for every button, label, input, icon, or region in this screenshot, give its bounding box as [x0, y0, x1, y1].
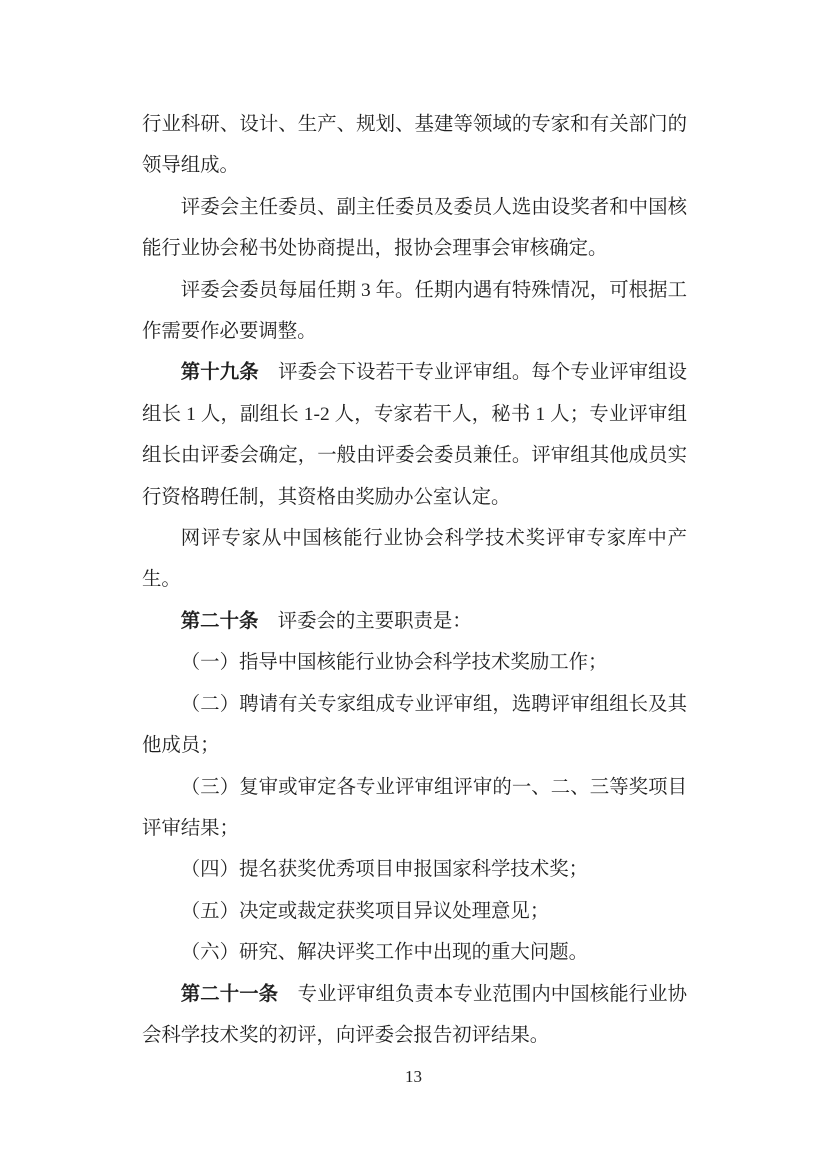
page-footer: 13 — [0, 1068, 827, 1087]
paragraph: （四）提名获奖优秀项目申报国家科学技术奖； — [142, 849, 687, 890]
paragraph: （二）聘请有关专家组成专业评审组，选聘评审组组长及其他成员； — [142, 684, 687, 767]
paragraph: （五）决定或裁定获奖项目异议处理意见； — [142, 891, 687, 932]
document-page: 行业科研、设计、生产、规划、基建等领域的专家和有关部门的领导组成。评委会主任委员… — [0, 0, 827, 1170]
paragraph: 评委会主任委员、副主任委员及委员人选由设奖者和中国核能行业协会秘书处协商提出，报… — [142, 187, 687, 270]
text-run: 评委会主任委员、副主任委员及委员人选由设奖者和中国核能行业协会秘书处协商提出，报… — [142, 197, 687, 259]
text-run: （四）提名获奖优秀项目申报国家科学技术奖； — [181, 859, 588, 880]
text-run: 评委会委员每届任期 3 年。任期内遇有特殊情况，可根据工作需要作必要调整。 — [142, 280, 687, 342]
paragraph: 第二十一条 专业评审组负责本专业范围内中国核能行业协会科学技术奖的初评，向评委会… — [142, 974, 687, 1057]
text-block: 行业科研、设计、生产、规划、基建等领域的专家和有关部门的领导组成。评委会主任委员… — [142, 104, 687, 1056]
article-number: 第十九条 — [181, 362, 259, 383]
paragraph: 评委会委员每届任期 3 年。任期内遇有特殊情况，可根据工作需要作必要调整。 — [142, 270, 687, 353]
paragraph: 行业科研、设计、生产、规划、基建等领域的专家和有关部门的领导组成。 — [142, 104, 687, 187]
article-number: 第二十一条 — [181, 984, 278, 1005]
paragraph: （六）研究、解决评奖工作中出现的重大问题。 — [142, 932, 687, 973]
page-number: 13 — [405, 1067, 422, 1086]
text-run: （二）聘请有关专家组成专业评审组，选聘评审组组长及其他成员； — [142, 694, 687, 756]
text-run: （三）复审或审定各专业评审组评审的一、二、三等奖项目评审结果； — [142, 777, 687, 839]
paragraph: 第十九条 评委会下设若干专业评审组。每个专业评审组设组长 1 人，副组长 1-2… — [142, 352, 687, 518]
article-number: 第二十条 — [181, 611, 259, 632]
text-run: （一）指导中国核能行业协会科学技术奖励工作； — [181, 652, 608, 673]
paragraph: 网评专家从中国核能行业协会科学技术奖评审专家库中产生。 — [142, 518, 687, 601]
text-run: 网评专家从中国核能行业协会科学技术奖评审专家库中产生。 — [142, 528, 687, 590]
paragraph: （一）指导中国核能行业协会科学技术奖励工作； — [142, 642, 687, 683]
text-run: 评委会的主要职责是： — [258, 611, 471, 632]
text-run: （六）研究、解决评奖工作中出现的重大问题。 — [181, 942, 588, 963]
paragraph: 第二十条 评委会的主要职责是： — [142, 601, 687, 642]
text-run: 评委会下设若干专业评审组。每个专业评审组设组长 1 人，副组长 1-2 人，专家… — [142, 362, 687, 507]
text-run: 行业科研、设计、生产、规划、基建等领域的专家和有关部门的领导组成。 — [142, 114, 687, 176]
text-run: （五）决定或裁定获奖项目异议处理意见； — [181, 901, 549, 922]
paragraph: （三）复审或审定各专业评审组评审的一、二、三等奖项目评审结果； — [142, 767, 687, 850]
